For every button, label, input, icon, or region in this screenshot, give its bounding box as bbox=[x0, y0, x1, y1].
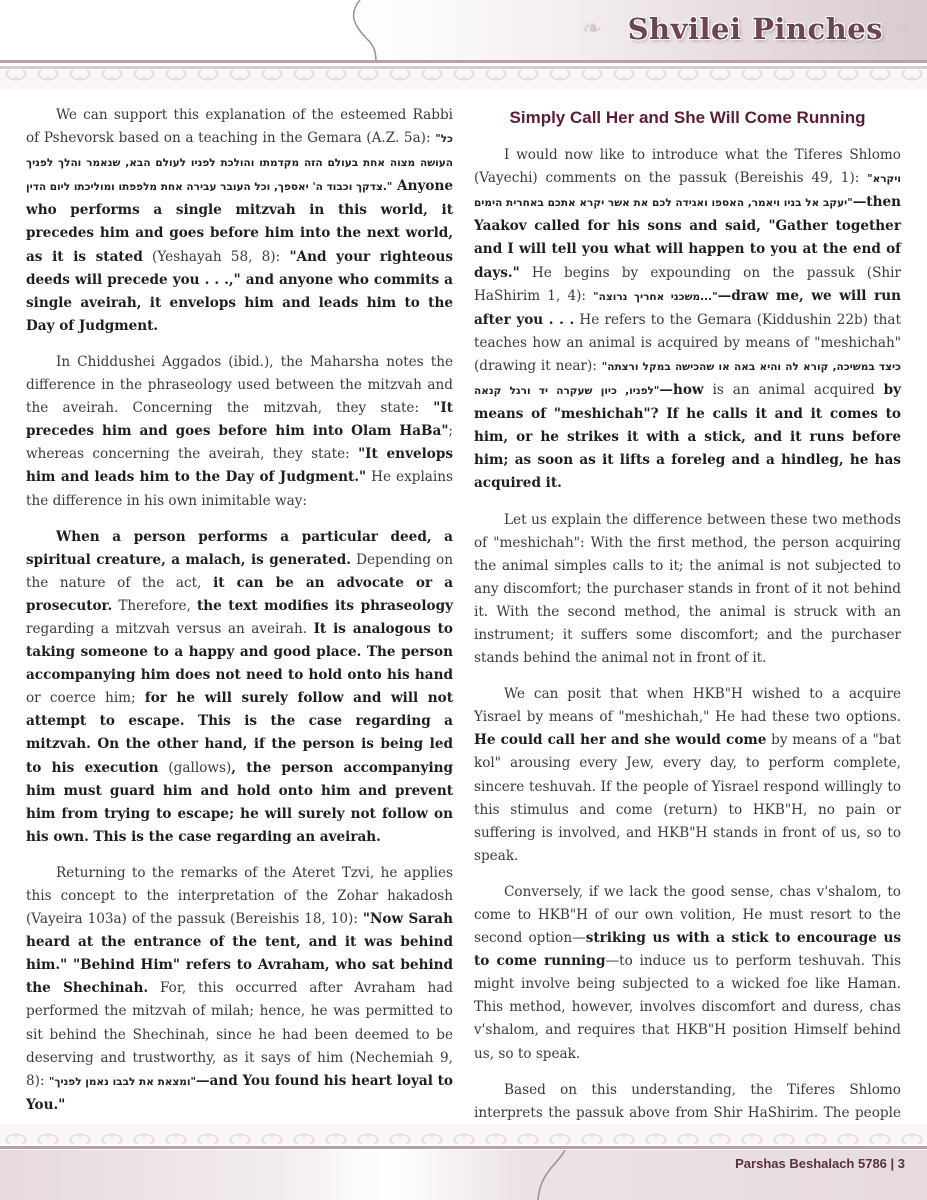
footer-curve-divider bbox=[520, 1150, 570, 1200]
text: In Chiddushei Aggados (ibid.), the Mahar… bbox=[26, 354, 453, 416]
paragraph-hkbh-options: We can posit that when HKB"H wished to a… bbox=[474, 683, 901, 868]
ornamental-border-top bbox=[0, 70, 927, 90]
text: or coerce him; bbox=[26, 690, 145, 706]
paragraph-gemara-support: We can support this explanation of the e… bbox=[26, 104, 453, 338]
header-curve-divider bbox=[318, 0, 378, 62]
paragraph-maharsha: In Chiddushei Aggados (ibid.), the Mahar… bbox=[26, 351, 453, 513]
paragraph-tiferes-shlomo: I would now like to introduce what the T… bbox=[474, 144, 901, 495]
hebrew-quote: "משכני אחריך נרוצה..." bbox=[593, 291, 717, 303]
paragraph-ateret-tzvi: Returning to the remarks of the Ateret T… bbox=[26, 862, 453, 1117]
bold-text: —how bbox=[659, 382, 703, 398]
paragraph-conversely: Conversely, if we lack the good sense, c… bbox=[474, 881, 901, 1066]
section-heading: Simply Call Her and She Will Come Runnin… bbox=[474, 106, 901, 129]
swirl-ornament-left-icon: ❧ bbox=[582, 14, 602, 42]
text: We can posit that when HKB"H wished to a… bbox=[474, 686, 901, 725]
bold-text: He could call her and she would come bbox=[474, 732, 766, 748]
hebrew-quote: "ומצאת את לבבו נאמן לפניך" bbox=[49, 1076, 196, 1088]
right-column: Simply Call Her and She Will Come Runnin… bbox=[474, 104, 901, 1185]
left-column: We can support this explanation of the e… bbox=[26, 104, 453, 1130]
ornamental-border-bottom bbox=[0, 1124, 927, 1144]
bold-text: the text modifies its phraseology bbox=[197, 598, 453, 614]
text: is an animal acquired bbox=[704, 382, 884, 398]
publication-title: Shvilei Pinches bbox=[628, 12, 883, 46]
bold-text: by means of "meshichah"? If he calls it … bbox=[474, 382, 901, 491]
header-rule bbox=[0, 60, 927, 63]
footer-rule bbox=[0, 1146, 927, 1149]
page-header: ❧ Shvilei Pinches ❧ bbox=[0, 0, 927, 96]
text: We can support this explanation of the e… bbox=[26, 107, 453, 146]
text: Let us explain the difference between th… bbox=[474, 512, 901, 667]
text: by means of a "bat kol" arousing every J… bbox=[474, 732, 901, 863]
paragraph-two-methods: Let us explain the difference between th… bbox=[474, 509, 901, 671]
footer-issue-page: Parshas Beshalach 5786 | 3 bbox=[735, 1156, 905, 1171]
text: (gallows) bbox=[159, 760, 232, 776]
text: regarding a mitzvah versus an aveirah. bbox=[26, 621, 314, 637]
text: I would now like to introduce what the T… bbox=[474, 147, 901, 186]
text: (Yeshayah 58, 8): bbox=[143, 249, 290, 265]
header-rule-secondary bbox=[0, 66, 927, 69]
paragraph-malach-explanation: When a person performs a particular deed… bbox=[26, 526, 453, 849]
swirl-ornament-right-icon: ❧ bbox=[895, 14, 915, 42]
text: —to induce us to perform teshuvah. This … bbox=[474, 953, 901, 1061]
text: Therefore, bbox=[112, 598, 197, 614]
